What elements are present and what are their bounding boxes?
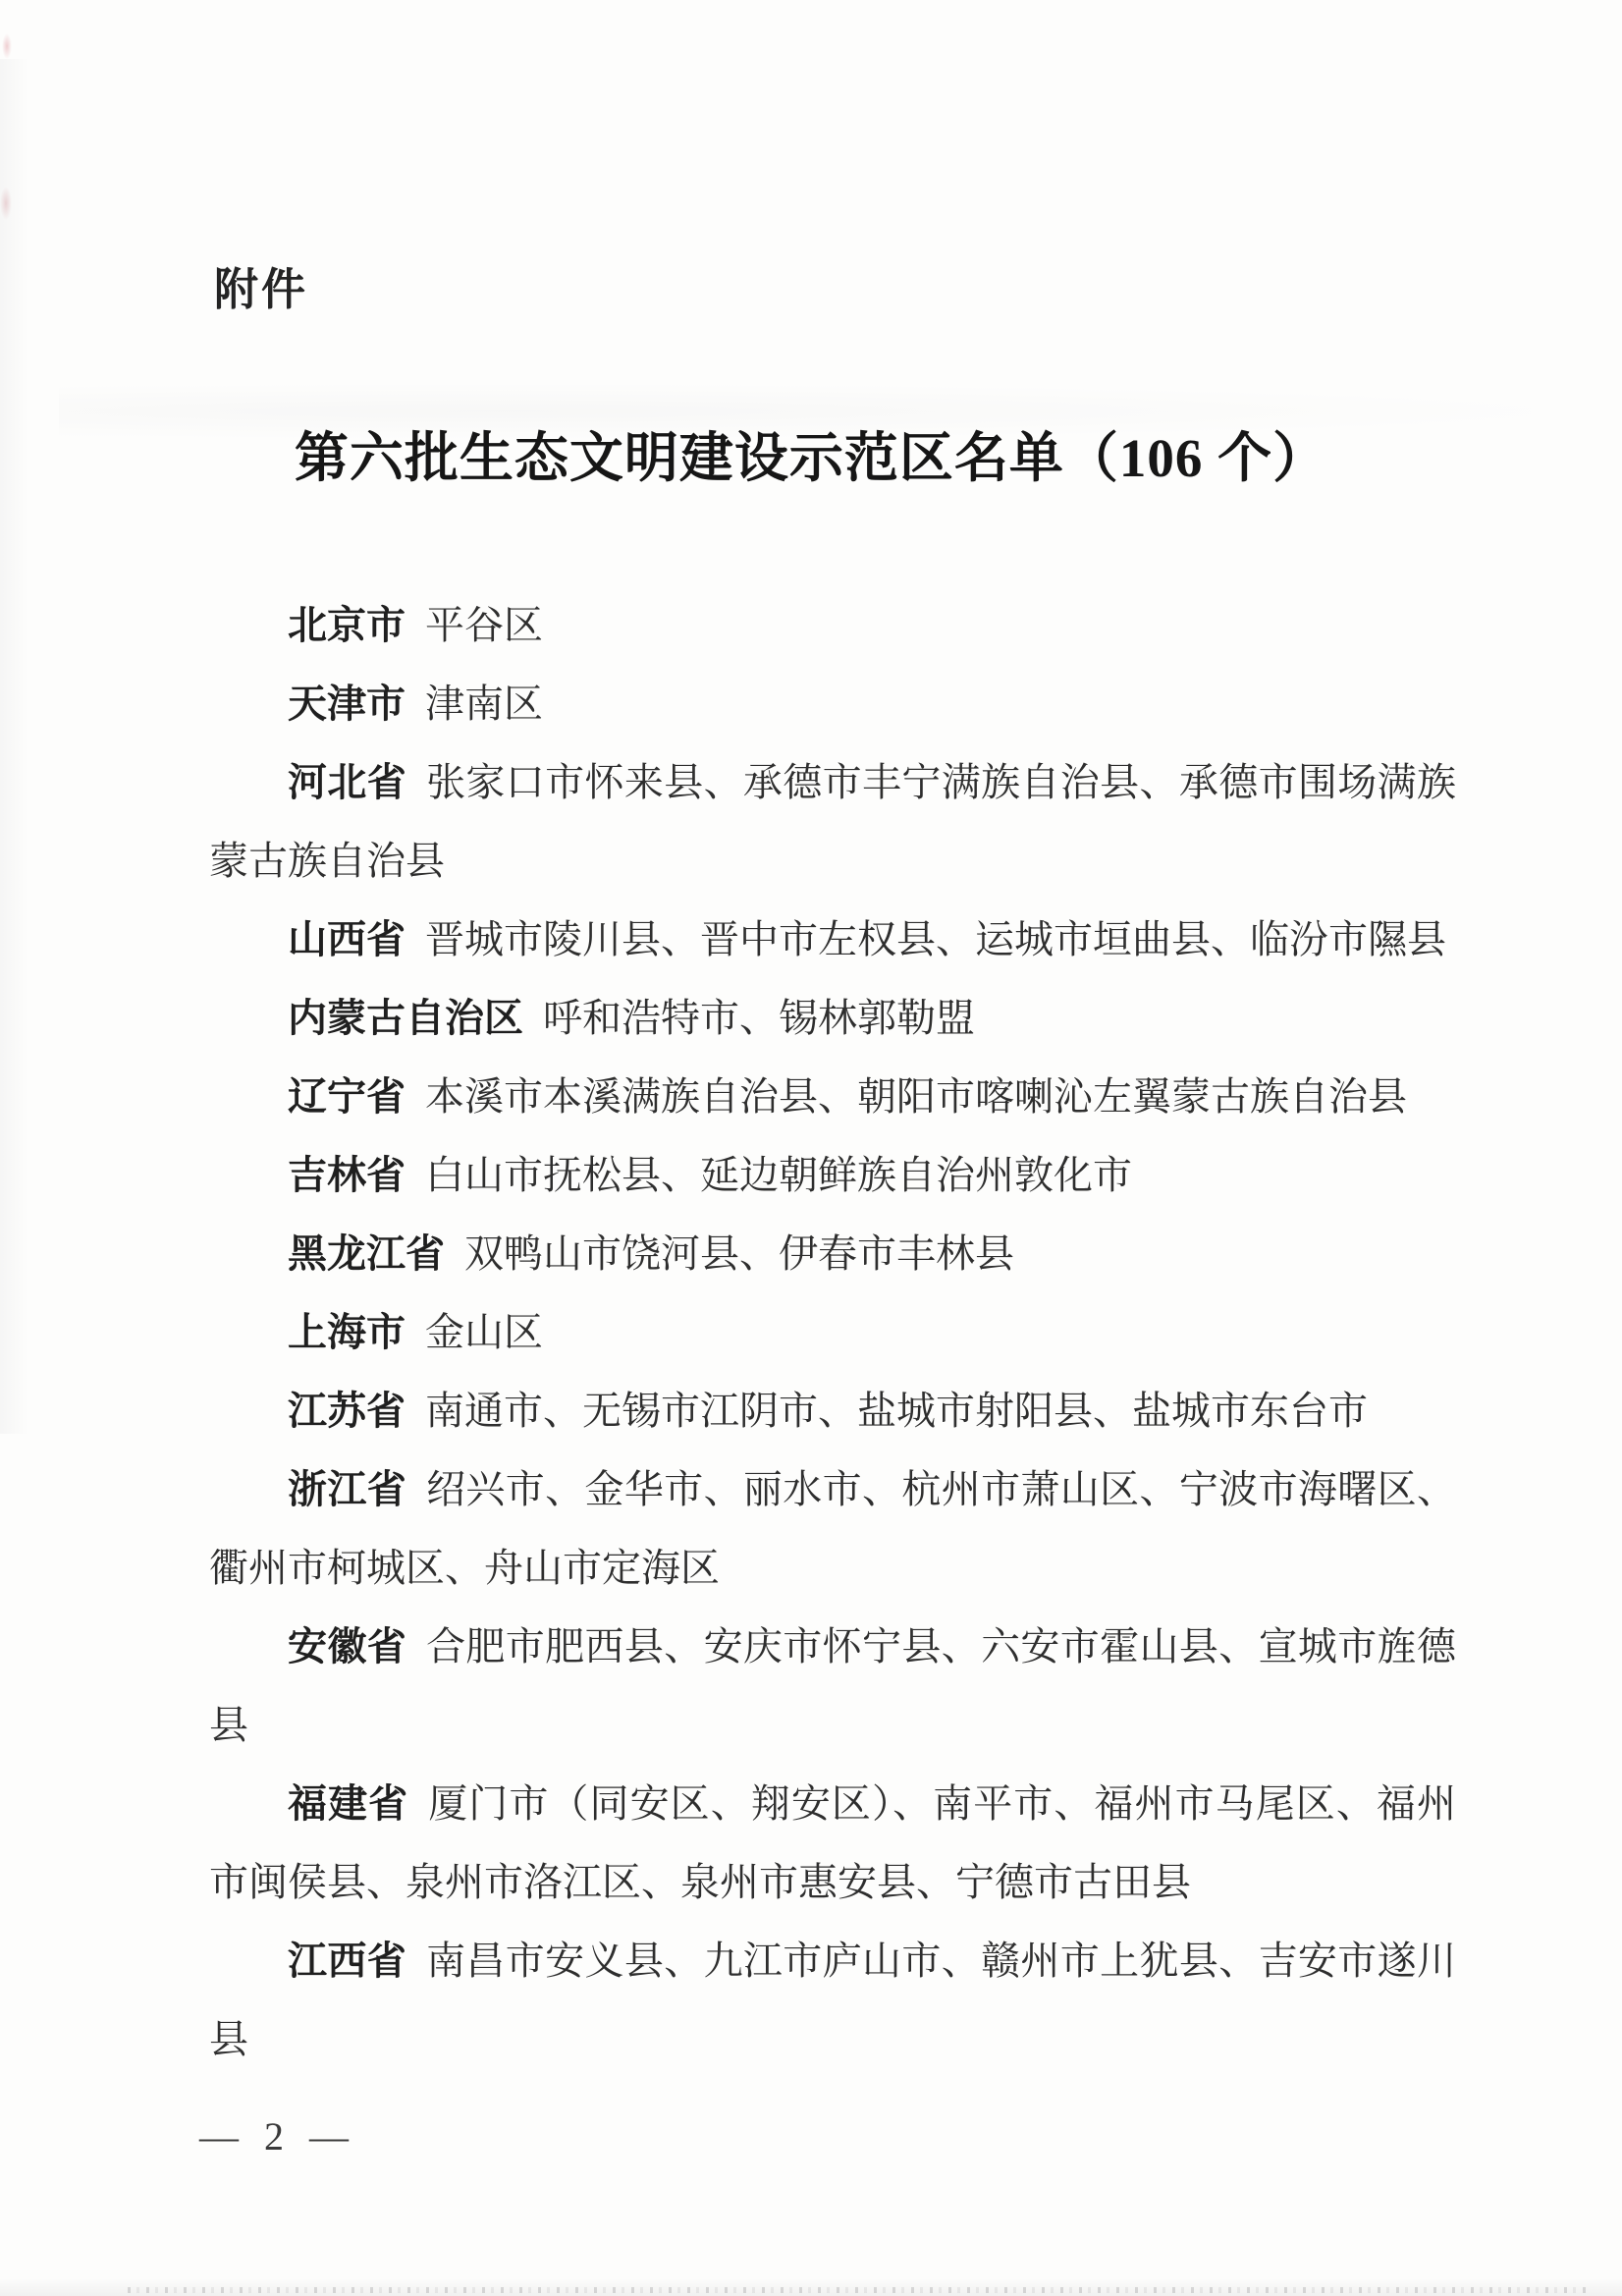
regions-text: 金山区 — [425, 1310, 543, 1354]
scan-speck-artifact — [0, 187, 12, 220]
scan-speck-artifact — [2, 33, 12, 59]
province-label: 山西省 — [288, 918, 405, 961]
province-label: 内蒙古自治区 — [288, 997, 523, 1040]
entry-row: 天津市津南区 — [209, 665, 1456, 743]
regions-text: 白山市抚松县、延边朝鲜族自治州敦化市 — [425, 1153, 1132, 1197]
attachment-label: 附件 — [214, 253, 308, 317]
regions-text: 双鸭山市饶河县、伊春市丰林县 — [464, 1231, 1014, 1276]
entry-list: 北京市平谷区 天津市津南区 河北省张家口市怀来县、承德市丰宁满族自治县、承德市围… — [209, 586, 1456, 2079]
regions-text: 晋城市陵川县、晋中市左权县、运城市垣曲县、临汾市隰县 — [425, 917, 1446, 961]
document-page: 附件 第六批生态文明建设示范区名单（106 个） 北京市平谷区 天津市津南区 河… — [0, 0, 1622, 2296]
entry-row: 安徽省合肥市肥西县、安庆市怀宁县、六安市霍山县、宣城市旌德县 — [209, 1608, 1456, 1765]
regions-text: 南通市、无锡市江阴市、盐城市射阳县、盐城市东台市 — [425, 1389, 1368, 1433]
province-label: 辽宁省 — [288, 1075, 405, 1119]
regions-text: 本溪市本溪满族自治县、朝阳市喀喇沁左翼蒙古族自治县 — [425, 1074, 1407, 1119]
province-label: 福建省 — [288, 1782, 408, 1826]
scan-edge-noise — [128, 2287, 1589, 2293]
regions-text: 平谷区 — [425, 603, 543, 647]
regions-text: 呼和浩特市、锡林郭勒盟 — [543, 996, 975, 1040]
province-label: 天津市 — [288, 683, 405, 726]
entry-row: 吉林省白山市抚松县、延边朝鲜族自治州敦化市 — [209, 1136, 1456, 1215]
province-label: 黑龙江省 — [288, 1232, 445, 1276]
province-label: 上海市 — [288, 1311, 405, 1354]
province-label: 吉林省 — [288, 1154, 405, 1197]
entry-row: 江西省南昌市安义县、九江市庐山市、赣州市上犹县、吉安市遂川县 — [209, 1922, 1456, 2079]
entry-row: 黑龙江省双鸭山市饶河县、伊春市丰林县 — [209, 1215, 1456, 1293]
entry-row: 河北省张家口市怀来县、承德市丰宁满族自治县、承德市围场满族蒙古族自治县 — [209, 743, 1456, 901]
entry-row: 内蒙古自治区呼和浩特市、锡林郭勒盟 — [209, 979, 1456, 1058]
province-label: 安徽省 — [288, 1625, 406, 1668]
province-label: 北京市 — [288, 604, 405, 647]
province-label: 江西省 — [288, 1940, 406, 1983]
entry-row: 辽宁省本溪市本溪满族自治县、朝阳市喀喇沁左翼蒙古族自治县 — [209, 1058, 1456, 1136]
entry-row: 福建省厦门市（同安区、翔安区）、南平市、福州市马尾区、福州市闽侯县、泉州市洛江区… — [209, 1765, 1456, 1922]
scan-shade-artifact — [0, 59, 33, 1434]
province-label: 河北省 — [288, 761, 406, 804]
page-number: — 2 — — [199, 2113, 351, 2159]
entry-row: 江苏省南通市、无锡市江阴市、盐城市射阳县、盐城市东台市 — [209, 1372, 1456, 1450]
province-label: 浙江省 — [288, 1468, 406, 1511]
scan-shade-artifact — [0, 2278, 1622, 2296]
regions-text: 津南区 — [425, 682, 543, 726]
entry-row: 浙江省绍兴市、金华市、丽水市、杭州市萧山区、宁波市海曙区、衢州市柯城区、舟山市定… — [209, 1450, 1456, 1608]
province-label: 江苏省 — [288, 1390, 405, 1433]
entry-row: 上海市金山区 — [209, 1293, 1456, 1372]
entry-row: 北京市平谷区 — [209, 586, 1456, 665]
document-title: 第六批生态文明建设示范区名单（106 个） — [0, 414, 1622, 492]
entry-row: 山西省晋城市陵川县、晋中市左权县、运城市垣曲县、临汾市隰县 — [209, 901, 1456, 979]
